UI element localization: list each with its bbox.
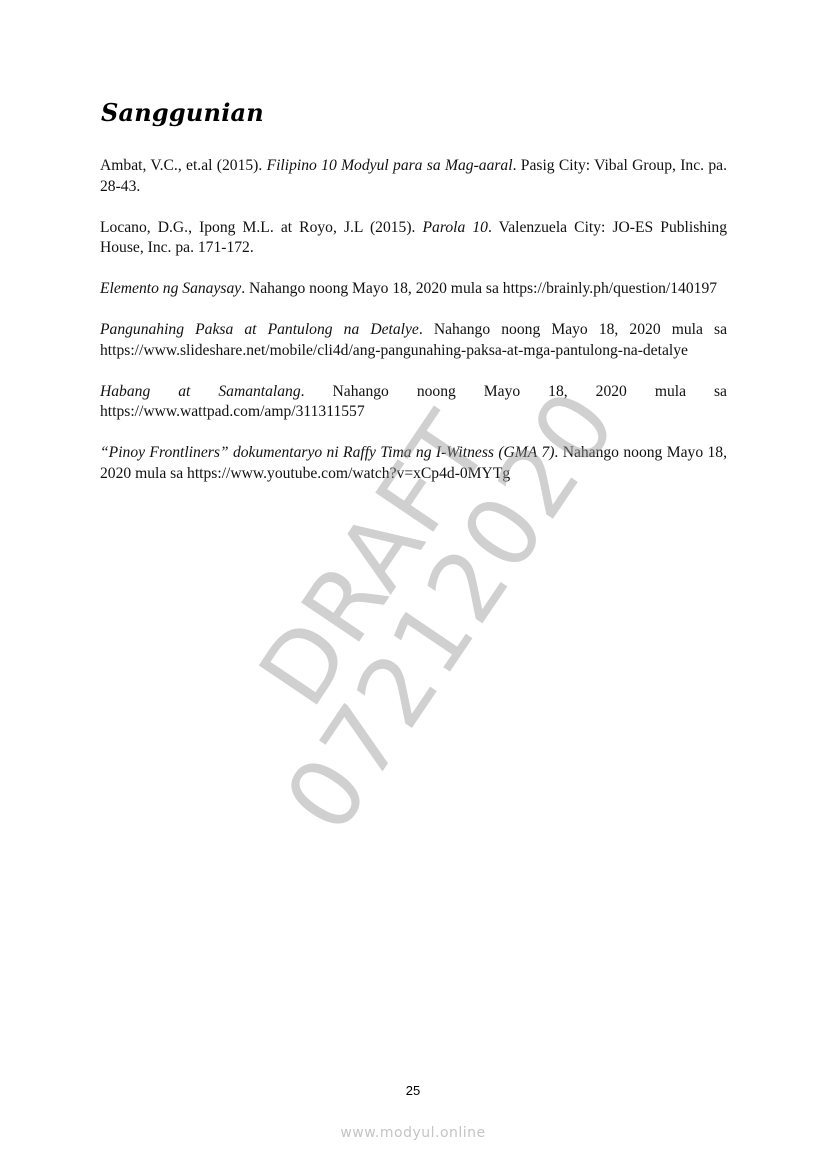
reference-title: Pangunahing Paksa at Pantulong na Detaly… bbox=[100, 321, 419, 338]
page-title: Sanggunian bbox=[101, 98, 264, 127]
reference-item: Ambat, V.C., et.al (2015). Filipino 10 M… bbox=[100, 156, 727, 197]
reference-item: Elemento ng Sanaysay. Nahango noong Mayo… bbox=[100, 279, 727, 300]
reference-lead: Ambat, V.C., et.al (2015). bbox=[100, 157, 267, 174]
document-page: Sanggunian Ambat, V.C., et.al (2015). Fi… bbox=[0, 0, 826, 1169]
reference-title: Habang at Samantalang bbox=[100, 383, 301, 400]
page-number: 25 bbox=[0, 1083, 826, 1098]
footer-site-text: www.modyul.online bbox=[0, 1125, 826, 1141]
reference-title: Parola 10 bbox=[423, 219, 488, 236]
reference-item: “Pinoy Frontliners” dokumentaryo ni Raff… bbox=[100, 443, 727, 484]
reference-item: Locano, D.G., Ipong M.L. at Royo, J.L (2… bbox=[100, 218, 727, 259]
reference-tail: . Nahango noong Mayo 18, 2020 mula sa ht… bbox=[241, 280, 717, 297]
reference-title: “Pinoy Frontliners” dokumentaryo ni Raff… bbox=[100, 444, 554, 461]
reference-item: Habang at Samantalang. Nahango noong May… bbox=[100, 382, 727, 423]
reference-title: Filipino 10 Modyul para sa Mag-aaral bbox=[267, 157, 513, 174]
reference-list: Ambat, V.C., et.al (2015). Filipino 10 M… bbox=[100, 156, 727, 505]
reference-item: Pangunahing Paksa at Pantulong na Detaly… bbox=[100, 320, 727, 361]
reference-lead: Locano, D.G., Ipong M.L. at Royo, J.L (2… bbox=[100, 219, 423, 236]
reference-title: Elemento ng Sanaysay bbox=[100, 280, 241, 297]
